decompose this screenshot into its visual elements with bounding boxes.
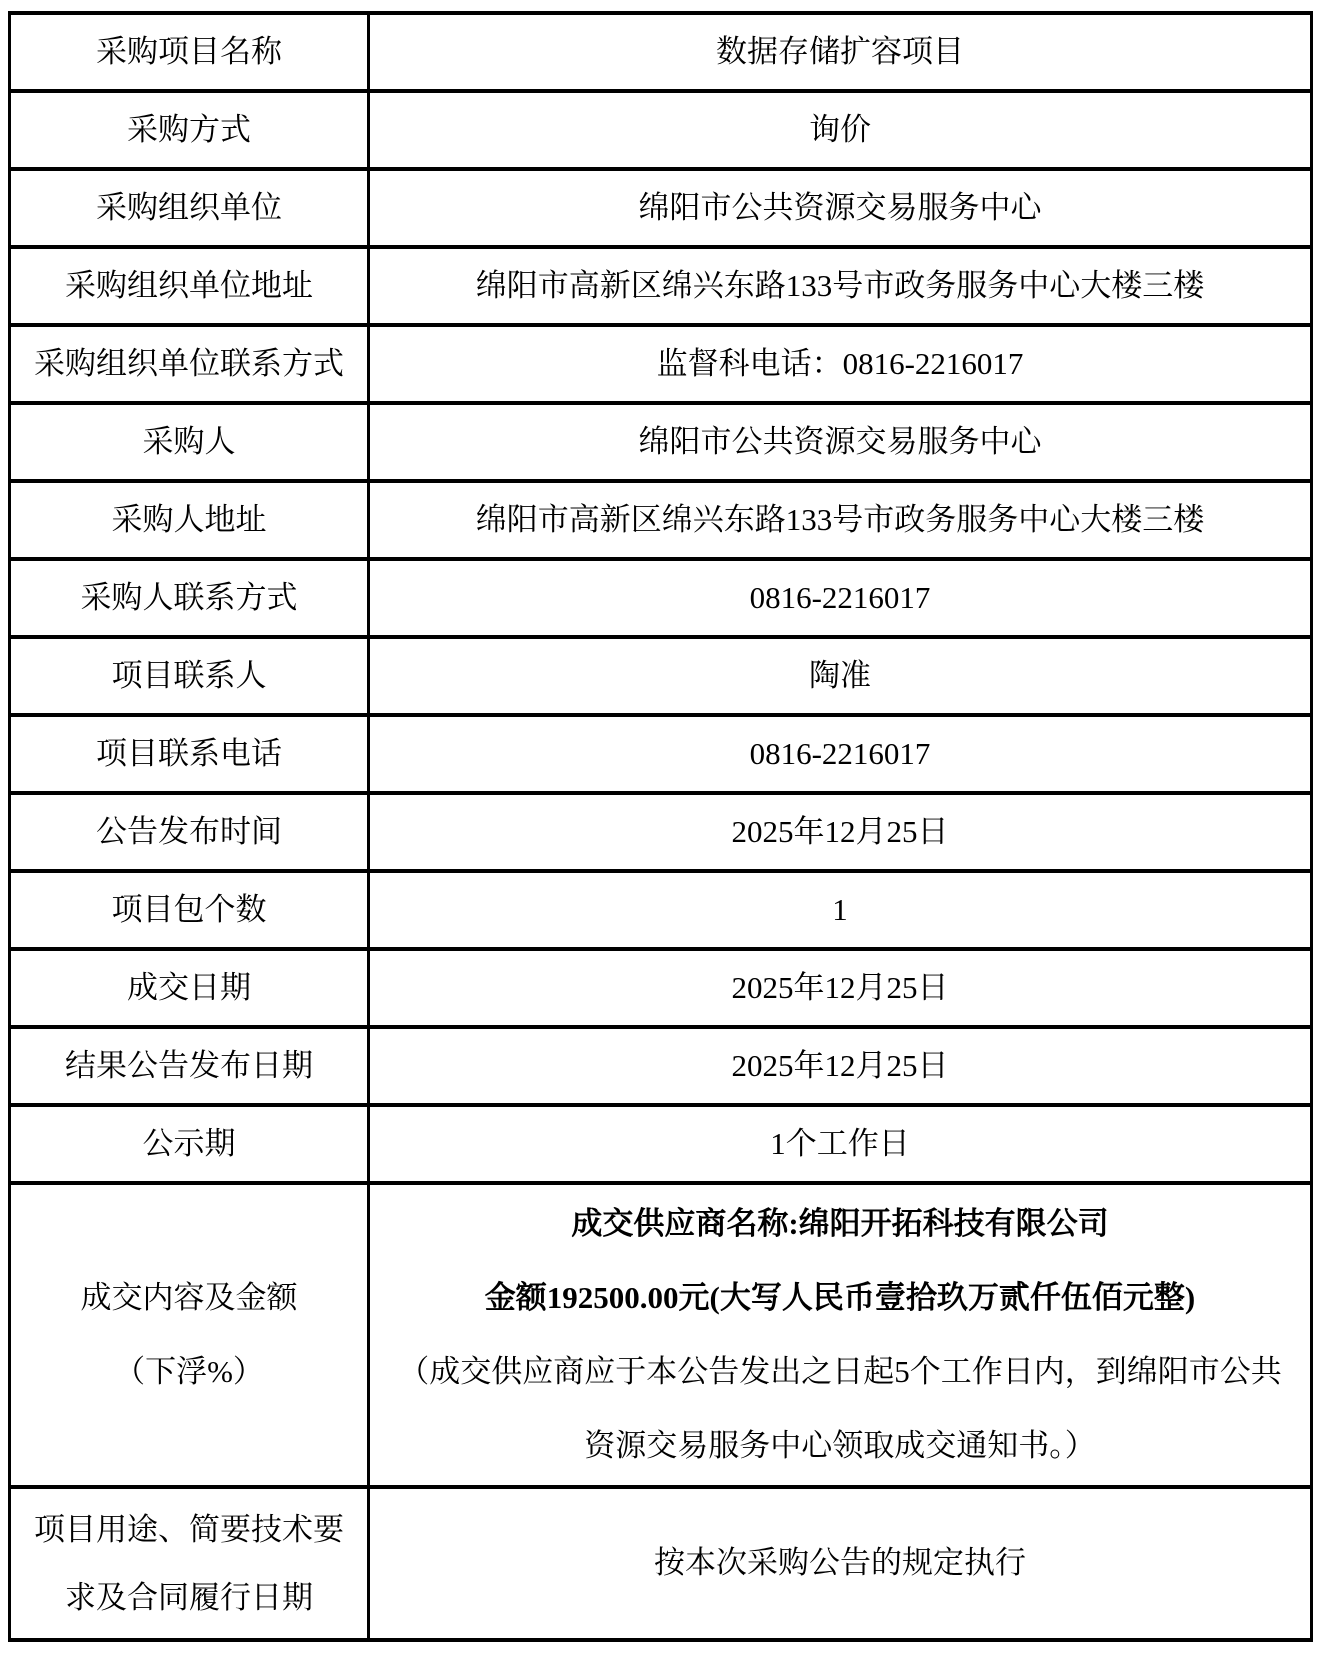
row-value: 绵阳市公共资源交易服务中心	[369, 403, 1312, 481]
table-row: 采购组织单位联系方式 监督科电话：0816-2216017	[10, 325, 1312, 403]
table-row: 采购组织单位 绵阳市公共资源交易服务中心	[10, 169, 1312, 247]
award-label-line2: （下浮%）	[19, 1335, 359, 1409]
row-label: 采购人	[10, 403, 369, 481]
table-row: 采购人地址 绵阳市高新区绵兴东路133号市政务服务中心大楼三楼	[10, 481, 1312, 559]
row-value: 0816-2216017	[369, 715, 1312, 793]
table-row: 采购人联系方式 0816-2216017	[10, 559, 1312, 637]
table-row: 项目联系电话 0816-2216017	[10, 715, 1312, 793]
table-row: 采购人 绵阳市公共资源交易服务中心	[10, 403, 1312, 481]
award-amount-line: 金额192500.00元(大写人民币壹拾玖万贰仟伍佰元整)	[378, 1261, 1302, 1335]
table-row: 项目联系人 陶准	[10, 637, 1312, 715]
row-value: 监督科电话：0816-2216017	[369, 325, 1312, 403]
award-label-line1: 成交内容及金额	[19, 1261, 359, 1335]
row-label: 采购方式	[10, 91, 369, 169]
award-note-line: （成交供应商应于本公告发出之日起5个工作日内，到绵阳市公共资源交易服务中心领取成…	[390, 1335, 1290, 1483]
row-value: 1个工作日	[369, 1105, 1312, 1183]
table-row: 采购项目名称 数据存储扩容项目	[10, 13, 1312, 91]
usage-label-text: 项目用途、简要技术要求及合同履行日期	[24, 1496, 354, 1632]
row-label: 项目联系人	[10, 637, 369, 715]
table-row-usage: 项目用途、简要技术要求及合同履行日期 按本次采购公告的规定执行	[10, 1487, 1312, 1640]
row-value: 绵阳市高新区绵兴东路133号市政务服务中心大楼三楼	[369, 481, 1312, 559]
row-value: 询价	[369, 91, 1312, 169]
row-value: 绵阳市高新区绵兴东路133号市政务服务中心大楼三楼	[369, 247, 1312, 325]
table-row: 采购组织单位地址 绵阳市高新区绵兴东路133号市政务服务中心大楼三楼	[10, 247, 1312, 325]
row-value: 0816-2216017	[369, 559, 1312, 637]
row-label: 采购组织单位地址	[10, 247, 369, 325]
row-value: 2025年12月25日	[369, 949, 1312, 1027]
row-value: 1	[369, 871, 1312, 949]
table-row: 项目包个数 1	[10, 871, 1312, 949]
row-label: 采购人联系方式	[10, 559, 369, 637]
table-row: 成交日期 2025年12月25日	[10, 949, 1312, 1027]
row-label: 项目联系电话	[10, 715, 369, 793]
row-label: 项目包个数	[10, 871, 369, 949]
award-row-value: 成交供应商名称:绵阳开拓科技有限公司 金额192500.00元(大写人民币壹拾玖…	[369, 1183, 1312, 1487]
row-label: 采购项目名称	[10, 13, 369, 91]
row-value: 绵阳市公共资源交易服务中心	[369, 169, 1312, 247]
usage-row-value: 按本次采购公告的规定执行	[369, 1487, 1312, 1640]
row-value: 数据存储扩容项目	[369, 13, 1312, 91]
row-label: 成交日期	[10, 949, 369, 1027]
award-row-label: 成交内容及金额 （下浮%）	[10, 1183, 369, 1487]
award-supplier-line: 成交供应商名称:绵阳开拓科技有限公司	[378, 1187, 1302, 1261]
row-value: 2025年12月25日	[369, 793, 1312, 871]
row-value: 2025年12月25日	[369, 1027, 1312, 1105]
table-row: 采购方式 询价	[10, 91, 1312, 169]
row-label: 采购人地址	[10, 481, 369, 559]
procurement-result-table: 采购项目名称 数据存储扩容项目 采购方式 询价 采购组织单位 绵阳市公共资源交易…	[8, 11, 1313, 1642]
table-row: 公示期 1个工作日	[10, 1105, 1312, 1183]
table-row: 公告发布时间 2025年12月25日	[10, 793, 1312, 871]
procurement-notice-page: 采购项目名称 数据存储扩容项目 采购方式 询价 采购组织单位 绵阳市公共资源交易…	[0, 11, 1321, 1659]
row-label: 采购组织单位联系方式	[10, 325, 369, 403]
row-value: 陶准	[369, 637, 1312, 715]
row-label: 采购组织单位	[10, 169, 369, 247]
row-label: 结果公告发布日期	[10, 1027, 369, 1105]
row-label: 公示期	[10, 1105, 369, 1183]
row-label: 公告发布时间	[10, 793, 369, 871]
table-row: 结果公告发布日期 2025年12月25日	[10, 1027, 1312, 1105]
usage-row-label: 项目用途、简要技术要求及合同履行日期	[10, 1487, 369, 1640]
table-row-award: 成交内容及金额 （下浮%） 成交供应商名称:绵阳开拓科技有限公司 金额19250…	[10, 1183, 1312, 1487]
